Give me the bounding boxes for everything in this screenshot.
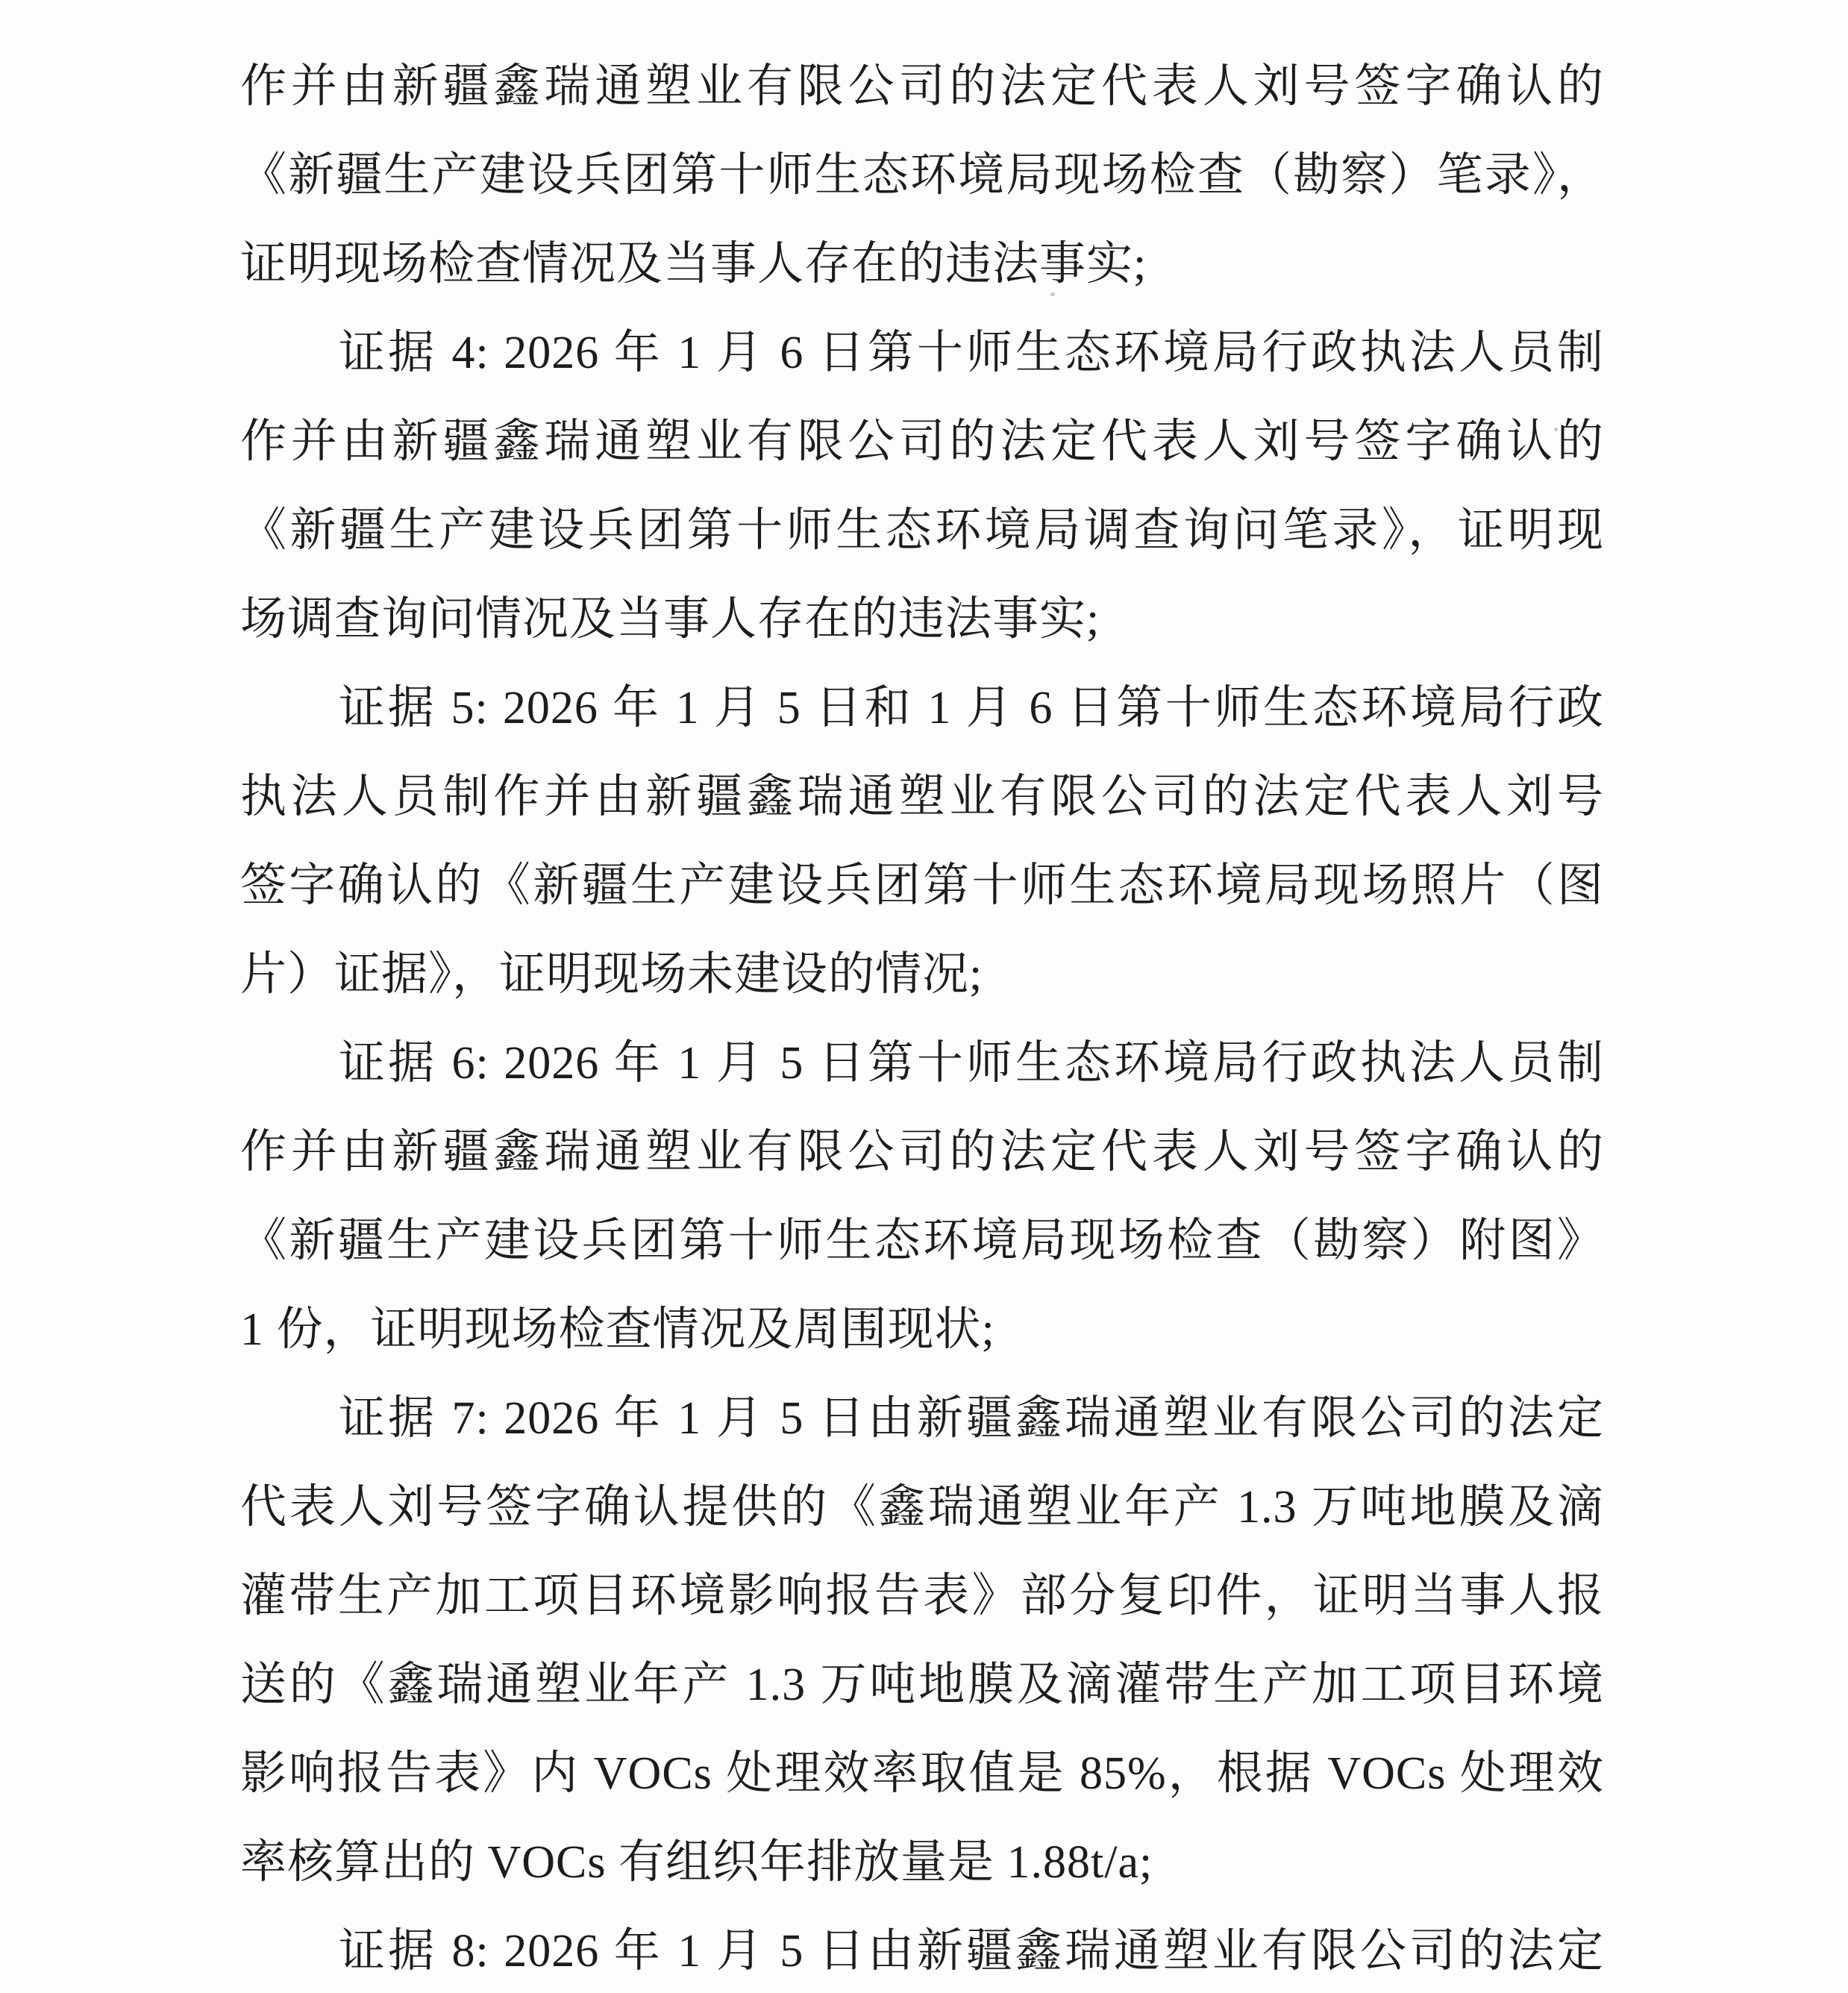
text-line: 场调查询问情况及当事人存在的违法事实; xyxy=(240,575,1604,664)
text-line: 代表人刘号签字确认提供的《鑫瑞通塑业年产 1.3 万吨地膜及滴 xyxy=(240,1463,1604,1552)
text-line: 证据 4: 2026 年 1 月 6 日第十师生态环境局行政执法人员制 xyxy=(240,309,1604,398)
text-line: 证明现场检查情况及当事人存在的违法事实; xyxy=(240,220,1604,309)
text-line: 作并由新疆鑫瑞通塑业有限公司的法定代表人刘号签字确认的 xyxy=(240,1108,1604,1197)
text-line: 证据 8: 2026 年 1 月 5 日由新疆鑫瑞通塑业有限公司的法定 xyxy=(240,1907,1604,1993)
text-line: 影响报告表》内 VOCs 处理效率取值是 85%，根据 VOCs 处理效 xyxy=(240,1730,1604,1818)
text-line: 1 份，证明现场检查情况及周围现状; xyxy=(240,1286,1604,1374)
text-line: 率核算出的 VOCs 有组织年排放量是 1.88t/a; xyxy=(240,1818,1604,1907)
text-line: 证据 5: 2026 年 1 月 5 日和 1 月 6 日第十师生态环境局行政 xyxy=(240,664,1604,753)
text-line: 证据 7: 2026 年 1 月 5 日由新疆鑫瑞通塑业有限公司的法定 xyxy=(240,1374,1604,1463)
scan-speck xyxy=(461,1413,465,1416)
document-text-block: 作并由新疆鑫瑞通塑业有限公司的法定代表人刘号签字确认的《新疆生产建设兵团第十师生… xyxy=(240,43,1604,1993)
text-line: 送的《鑫瑞通塑业年产 1.3 万吨地膜及滴灌带生产加工项目环境 xyxy=(240,1641,1604,1730)
text-line: 《新疆生产建设兵团第十师生态环境局现场检查（勘察）附图》 xyxy=(240,1197,1604,1286)
text-line: 《新疆生产建设兵团第十师生态环境局调查询问笔录》，证明现 xyxy=(240,486,1604,575)
text-line: 片）证据》，证明现场未建设的情况; xyxy=(240,930,1604,1019)
text-line: 灌带生产加工项目环境影响报告表》部分复印件，证明当事人报 xyxy=(240,1552,1604,1641)
text-line: 作并由新疆鑫瑞通塑业有限公司的法定代表人刘号签字确认的 xyxy=(240,43,1604,131)
text-line: 作并由新疆鑫瑞通塑业有限公司的法定代表人刘号签字确认的 xyxy=(240,398,1604,486)
scanned-document-page: 作并由新疆鑫瑞通塑业有限公司的法定代表人刘号签字确认的《新疆生产建设兵团第十师生… xyxy=(0,0,1848,1993)
text-line: 证据 6: 2026 年 1 月 5 日第十师生态环境局行政执法人员制 xyxy=(240,1019,1604,1108)
text-line: 签字确认的《新疆生产建设兵团第十师生态环境局现场照片（图 xyxy=(240,842,1604,930)
text-line: 《新疆生产建设兵团第十师生态环境局现场检查（勘察）笔录》， xyxy=(240,131,1604,220)
text-line: 执法人员制作并由新疆鑫瑞通塑业有限公司的法定代表人刘号 xyxy=(240,753,1604,842)
scan-speck xyxy=(1050,292,1055,296)
scan-speck xyxy=(1554,428,1558,431)
